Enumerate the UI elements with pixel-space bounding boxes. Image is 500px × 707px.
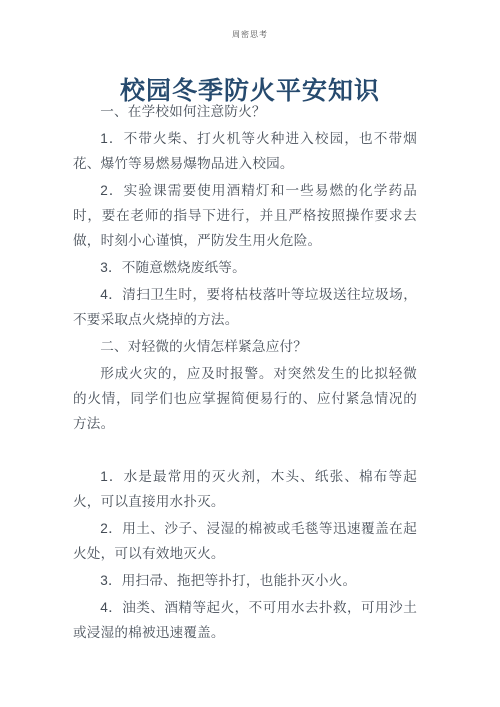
section-2-item-1: 1．水是最常用的灭火剂，木头、纸张、棉布等起火，可以直接用水扑灭。 xyxy=(73,464,417,514)
section-2-item-3: 3．用扫帚、拖把等扑打，也能扑灭小火。 xyxy=(73,568,417,593)
watermark-text: 周密思考 xyxy=(0,29,500,41)
section-1-item-1: 1．不带火柴、打火机等火种进入校园，也不带烟花、爆竹等易燃易爆物品进入校园。 xyxy=(73,126,417,176)
section-1-heading: 一、在学校如何注意防火？ xyxy=(73,99,417,124)
section-2-item-2: 2．用土、沙子、浸湿的棉被或毛毯等迅速覆盖在起火处，可以有效地灭火。 xyxy=(73,516,417,566)
empty-line-spacer xyxy=(73,438,417,464)
section-2-heading: 二、对轻微的火情怎样紧急应付？ xyxy=(73,334,417,359)
section-2-intro: 形成火灾的，应及时报警。对突然发生的比拟轻微的火情，同学们也应掌握简便易行的、应… xyxy=(73,361,417,436)
section-1-item-3: 3．不随意燃烧废纸等。 xyxy=(73,255,417,280)
document-body: 一、在学校如何注意防火？ 1．不带火柴、打火机等火种进入校园，也不带烟花、爆竹等… xyxy=(73,99,417,647)
section-2-item-4: 4．油类、酒精等起火，不可用水去扑救，可用沙土或浸湿的棉被迅速覆盖。 xyxy=(73,595,417,645)
section-1-item-2: 2．实验课需要使用酒精灯和一些易燃的化学药品时，要在老师的指导下进行，并且严格按… xyxy=(73,178,417,253)
document-page: 周密思考 校园冬季防火平安知识 一、在学校如何注意防火？ 1．不带火柴、打火机等… xyxy=(0,0,500,707)
section-1-item-4: 4．清扫卫生时，要将枯枝落叶等垃圾送往垃圾场，不要采取点火烧掉的方法。 xyxy=(73,282,417,332)
